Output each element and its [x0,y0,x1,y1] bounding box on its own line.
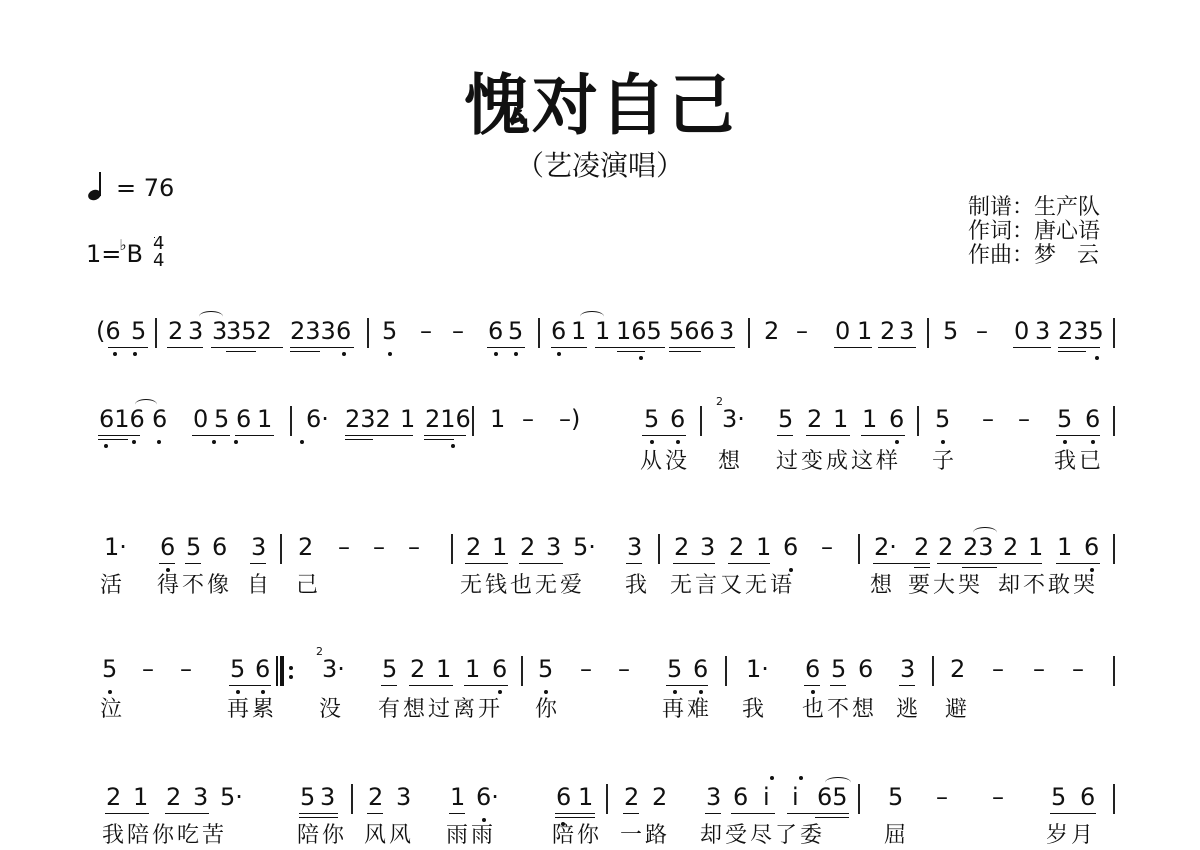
note: 5 [778,404,793,434]
note: 6· [306,404,329,434]
credit-arranger: 制谱：生产队 [968,196,1100,220]
note: 6 [889,404,904,434]
note: 2 [410,654,425,684]
note: 1 [756,532,771,562]
note: 1 [450,782,465,812]
lyric: 陪你 [297,822,347,850]
dash: – [1018,404,1030,434]
note: 6 [152,404,167,434]
note: 5 [1057,404,1072,434]
note: 6 [1084,532,1099,562]
key-note: B [126,240,142,268]
lyric: 己 [296,572,321,600]
note: 2· [874,532,897,562]
note: 6 [733,782,748,812]
note: 2 [168,316,183,346]
note: 5 [943,316,958,346]
dash: – [580,654,592,684]
note: 6 [551,316,566,346]
note: 6 [1080,782,1095,812]
note: 65 [817,782,848,812]
note: 3 [251,532,266,562]
note: 3 [900,654,915,684]
lyric: 过变成这样 [776,448,901,476]
note: 232 [345,404,391,434]
note: 2 [880,316,895,346]
note: 2 [368,782,383,812]
note: 1 [1057,532,1072,562]
note: 1 [133,782,148,812]
lyric: 再累 [227,696,277,724]
time-sig-bottom: 4 [153,252,164,269]
note: 6 [783,532,798,562]
note: 1 [400,404,415,434]
note: 0 [193,404,208,434]
note: 5 [667,654,682,684]
dash: – [936,782,948,812]
note: 23 [963,532,994,562]
note: 3 [706,782,721,812]
note: 6 [693,654,708,684]
dash: – [180,654,192,684]
note: 1 [465,654,480,684]
note: 5 [382,654,397,684]
note: 6 [492,654,507,684]
note: 6 [160,532,175,562]
note: 3 [212,316,227,346]
note: 3 [546,532,561,562]
note: 3· [322,654,345,684]
note: 1 [492,532,507,562]
note: 0 [835,316,850,346]
note: 5 [935,404,950,434]
note: 3 [719,316,734,346]
dash: – [992,654,1004,684]
lyric: 泣 [100,696,125,724]
note: 2 [674,532,689,562]
note: 2 [914,532,929,562]
note: 5· [573,532,596,562]
note: 1 [833,404,848,434]
lyric: 避 [945,696,970,724]
lyric: 也不想 [802,696,877,724]
note: 5 [186,532,201,562]
note: 2 [938,532,953,562]
note: 2 [764,316,779,346]
dash: – [992,782,1004,812]
note: 6 [212,532,227,562]
lyric: 雨雨 [446,822,496,850]
note: 5 [888,782,903,812]
note: 5 [131,316,146,346]
note: 235 [1058,316,1104,346]
lyric: 屈 [884,822,909,850]
note: 6 [236,404,251,434]
note: 3 [627,532,642,562]
note: 352 [226,316,272,346]
lyric: 却受尽了委 [700,822,825,850]
lyric: 我 [742,696,767,724]
lyric: 有想过离开 [378,696,503,724]
note: 3 [193,782,208,812]
lyric: 岁月 [1046,822,1096,850]
lyric: 无钱也无爱 [460,572,585,600]
dash: – [338,532,350,562]
score-line-3: 1· 6 5 6 3 2 – – – 2 1 2 3 5· 3 2 3 2 1 … [0,532,1200,572]
score-line-4: 5 – – 5 6 2 3· 5 2 1 1 6 5 – – 5 6 1· 6 … [0,654,1200,694]
note: i [792,782,799,812]
lyric: 风风 [364,822,414,850]
note: 1 [257,404,272,434]
lyric: 我陪你吃苦 [102,822,227,850]
time-signature: 44 [153,235,164,269]
note: 5· [220,782,243,812]
lyric: 没 [319,696,344,724]
note: 566 [669,316,715,346]
quarter-note-icon [88,172,104,202]
note: 1 [1028,532,1043,562]
note: 6 [858,654,873,684]
note: 6 [670,404,685,434]
flat-icon: ♭ [119,236,126,254]
dash: – [142,654,154,684]
note: 1 [578,782,593,812]
note: 2 [729,532,744,562]
lyric: 得不像 [157,572,232,600]
dash: – [420,316,432,346]
note: 2 [520,532,535,562]
note: 6 [1085,404,1100,434]
lyric: 我已 [1054,448,1104,476]
note: 2 [807,404,822,434]
dash: – [821,532,833,562]
note: 5 [214,404,229,434]
note: 6 [255,654,270,684]
song-title: 愧对自己 [0,66,1200,146]
note: 5 [508,316,523,346]
note: 5 [230,654,245,684]
note: 165 [616,316,662,346]
note: 2 [624,782,639,812]
note: 1· [104,532,127,562]
key-signature: 1=♭B44 [86,238,164,273]
note: 3 [320,782,335,812]
credit-lyricist: 作词：唐心语 [968,220,1100,244]
note: 2 [106,782,121,812]
lyric: 自 [247,572,272,600]
lyric: 子 [932,448,957,476]
note: 6 [336,316,351,346]
lyric: 想 [718,448,743,476]
dash: – [408,532,420,562]
dash: – [976,316,988,346]
note: 3· [722,404,745,434]
lyric: 一路 [620,822,670,850]
dash: – [618,654,630,684]
note: 5 [831,654,846,684]
lyric: 我 [625,572,650,600]
note: 1· [746,654,769,684]
note: 2 [950,654,965,684]
dash: –) [559,404,580,434]
dash: – [982,404,994,434]
note: 1 [862,404,877,434]
note: 3 [1035,316,1050,346]
note: 5 [644,404,659,434]
dash: – [1033,654,1045,684]
tempo-value: = 76 [116,174,174,202]
dash: – [796,316,808,346]
note: 6 [556,782,571,812]
note: 1 [857,316,872,346]
note: 1 [436,654,451,684]
lyric: 你 [535,696,560,724]
note: 0 [1014,316,1029,346]
note: 1 [595,316,610,346]
note: (6 [96,316,121,346]
note: 5 [382,316,397,346]
key-prefix: 1= [86,240,121,268]
note: 5 [1051,782,1066,812]
tempo-marking: = 76 [88,172,174,204]
dash: – [452,316,464,346]
note: 2 [166,782,181,812]
note: 6· [476,782,499,812]
score-line-2: 616 6 0 5 6 1 6· 232 1 216 1 – –) 5 6 2 … [0,404,1200,444]
lyric: 陪你 [552,822,602,850]
note: 3 [396,782,411,812]
note: 1 [490,404,505,434]
song-subtitle: （艺凌演唱） [0,146,1200,186]
lyric: 再难 [662,696,712,724]
note: 216 [425,404,471,434]
lyric: 却不敢哭 [998,572,1098,600]
dash: – [1072,654,1084,684]
note: 5 [538,654,553,684]
score-line-5: 2 1 2 3 5· 5 3 2 3 1 6· 6 1 2 2 3 6 i i … [0,782,1200,822]
lyric: 要大哭 [908,572,983,600]
note: 5 [102,654,117,684]
note: 2 [1003,532,1018,562]
note: 233 [290,316,336,346]
note: 5 [300,782,315,812]
lyric: 活 [100,572,125,600]
lyric: 无言又无语 [670,572,795,600]
lyric: 逃 [896,696,921,724]
note: 6 [805,654,820,684]
score-line-1: (6 5 2 3 3 352 233 6 5 – – 6 5 6 1 1 165… [0,316,1200,356]
note: 2 [466,532,481,562]
dash: – [373,532,385,562]
note: 2 [652,782,667,812]
credits: 制谱：生产队 作词：唐心语 作曲：梦 云 [968,196,1100,268]
lyric: 从没 [640,448,690,476]
dash: – [522,404,534,434]
note: i [763,782,770,812]
note: 2 [298,532,313,562]
credit-composer: 作曲：梦 云 [968,244,1100,268]
lyric: 想 [870,572,895,600]
note: 3 [899,316,914,346]
note: 6 [488,316,503,346]
note: 3 [700,532,715,562]
